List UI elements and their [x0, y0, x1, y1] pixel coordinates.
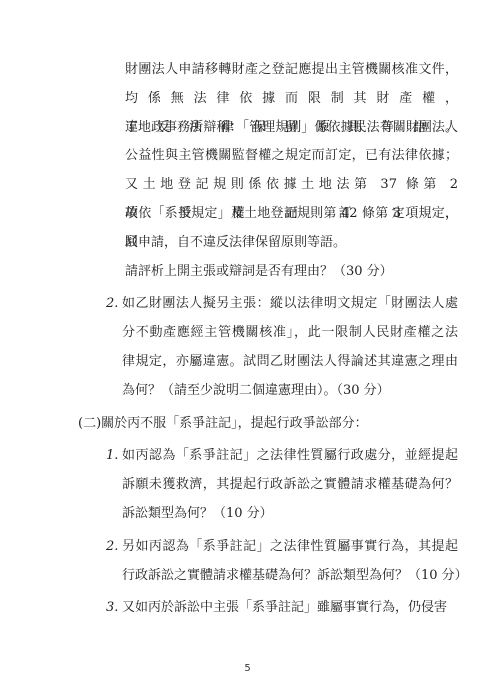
- text-line: 2.另如丙認為「系爭註記」之法律性質屬事實行為，其提起: [0, 533, 495, 562]
- line-text: 如乙財團法人擬另主張：縱以法律明文規定「財團法人處: [122, 290, 458, 319]
- item-number: 3.: [106, 594, 122, 623]
- line-text: 又如丙於訴訟中主張「系爭註記」雖屬事實行為，仍侵害: [122, 594, 447, 623]
- item-number: 1.: [106, 442, 122, 471]
- text-line: 丁地政事務所辯稱：「管理規則」係依據民法有關財團法人: [0, 114, 495, 143]
- text-line: 為何？（請至少說明二個違憲理由）。（30 分）: [0, 377, 495, 406]
- line-text: 請評析上開主張或辯詞是否有理由？（30 分）: [125, 258, 393, 287]
- text-line: 1.如丙認為「系爭註記」之法律性質屬行政處分，並經提起: [0, 442, 495, 471]
- text-line: 律規定，亦屬違憲。試問乙財團法人得論述其違憲之理由: [0, 348, 495, 377]
- line-text: 訴訟類型為何？（10 分）: [122, 500, 273, 529]
- line-text: 如丙認為「系爭註記」之法律性質屬行政處分，並經提起: [122, 442, 458, 471]
- line-text: 丁地政事務所辯稱：「管理規則」係依據民法有關財團法人: [125, 114, 458, 143]
- text-line: 訴訟類型為何？（10 分）: [0, 500, 495, 529]
- text-line: 訴願未獲救濟，其提起行政訴訟之實體請求權基礎為何？: [0, 471, 495, 500]
- line-text: 關於丙不服「系爭註記」，提起行政爭訟部分：: [101, 410, 368, 439]
- text-line: 3.又如丙於訴訟中主張「系爭註記」雖屬事實行為，仍侵害: [0, 594, 495, 623]
- text-line: (二)關於丙不服「系爭註記」，提起行政爭訟部分：: [0, 410, 495, 439]
- document-body: 財團法人申請移轉財產之登記應提出主管機關核准文件，均係無法律依據而限制其財產權，…: [0, 56, 495, 623]
- document-page: 財團法人申請移轉財產之登記應提出主管機關核准文件，均係無法律依據而限制其財產權，…: [0, 0, 495, 700]
- text-line: 公益性與主管機關監督權之規定而訂定，已有法律依據；: [0, 142, 495, 171]
- text-line: 請評析上開主張或辯詞是否有理由？（30 分）: [0, 258, 495, 287]
- page-footer: 5: [0, 663, 495, 674]
- page-number: 5: [244, 663, 250, 674]
- line-text: 回申請，自不違反法律保留原則等語。: [125, 229, 346, 258]
- item-number: 2.: [106, 290, 122, 319]
- line-text: 訴願未獲救濟，其提起行政訴訟之實體請求權基礎為何？: [122, 471, 458, 500]
- text-line: 故依「系爭規定」及土地登記規則第 42 條第 3 項規定，駁: [0, 200, 495, 229]
- line-text: 另如丙認為「系爭註記」之法律性質屬事實行為，其提起: [122, 533, 458, 562]
- text-line: 均係無法律依據而限制其財產權，違反法律保留原則等語。: [0, 85, 495, 114]
- line-text: 為何？（請至少說明二個違憲理由）。（30 分）: [122, 377, 390, 406]
- line-text: 律規定，亦屬違憲。試問乙財團法人得論述其違憲之理由: [122, 348, 458, 377]
- text-line: 分不動產應經主管機關核准」，此一限制人民財產權之法: [0, 319, 495, 348]
- line-text: 分不動產應經主管機關核准」，此一限制人民財產權之法: [122, 319, 458, 348]
- line-text: 行政訴訟之實體請求權基礎為何？訴訟類型為何？（10 分）: [122, 562, 468, 591]
- line-text: 財團法人申請移轉財產之登記應提出主管機關核准文件，: [125, 56, 458, 85]
- line-text: 公益性與主管機關監督權之規定而訂定，已有法律依據；: [125, 142, 458, 171]
- text-line: 財團法人申請移轉財產之登記應提出主管機關核准文件，: [0, 56, 495, 85]
- text-line: 行政訴訟之實體請求權基礎為何？訴訟類型為何？（10 分）: [0, 562, 495, 591]
- text-line: 2.如乙財團法人擬另主張：縱以法律明文規定「財團法人處: [0, 290, 495, 319]
- text-line: 又土地登記規則係依據土地法第 37 條第 2 項授權而訂定，: [0, 171, 495, 200]
- section-marker: (二): [78, 410, 101, 439]
- item-number: 2.: [106, 533, 122, 562]
